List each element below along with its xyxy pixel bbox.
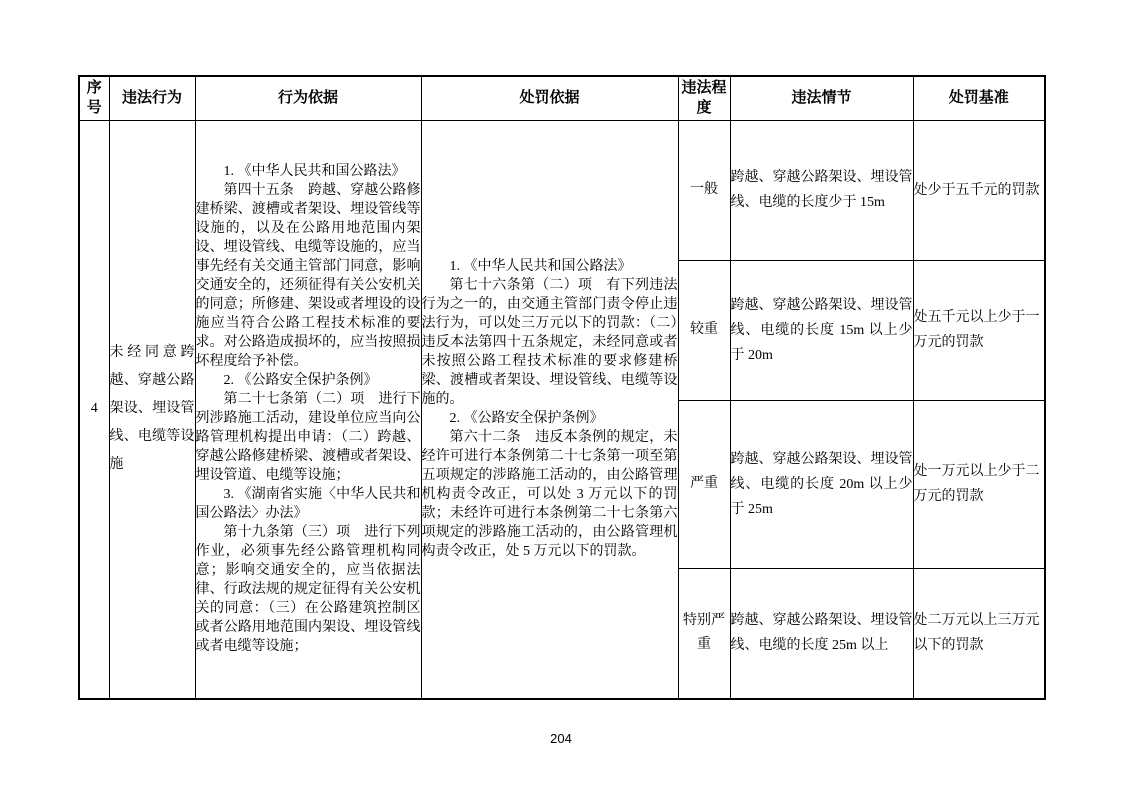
page-number: 204 — [0, 731, 1122, 746]
cell-standard-moderate: 处五千元以上少于一万元的罚款 — [913, 260, 1045, 400]
cell-circumstance-serious: 跨越、穿越公路架设、埋设管线、电缆的长度 20m 以上少于 25m — [730, 400, 913, 568]
cell-standard-general: 处少于五千元的罚款 — [913, 120, 1045, 260]
header-seq: 序号 — [79, 76, 109, 120]
header-violation: 违法行为 — [109, 76, 195, 120]
document-page: 序号 违法行为 行为依据 处罚依据 违法程度 违法情节 处罚基准 4 未经同意跨… — [0, 0, 1122, 793]
cell-circumstance-extremely-serious: 跨越、穿越公路架设、埋设管线、电缆的长度 25m 以上 — [730, 568, 913, 699]
cell-degree-serious: 严重 — [678, 400, 730, 568]
cell-standard-extremely-serious: 处二万元以上三万元以下的罚款 — [913, 568, 1045, 699]
cell-degree-general: 一般 — [678, 120, 730, 260]
cell-standard-serious: 处一万元以上少于二万元的罚款 — [913, 400, 1045, 568]
severity-row-general: 4 未经同意跨越、穿越公路架设、埋设管线、电缆等设施 1. 《中华人民共和国公路… — [79, 120, 1045, 260]
cell-degree-moderate: 较重 — [678, 260, 730, 400]
header-behavior-basis: 行为依据 — [195, 76, 421, 120]
cell-penalty-basis: 1. 《中华人民共和国公路法》第七十六条第（二）项 有下列违法行为之一的，由交通… — [421, 120, 678, 699]
header-standard: 处罚基准 — [913, 76, 1045, 120]
header-penalty-basis: 处罚依据 — [421, 76, 678, 120]
cell-degree-extremely-serious: 特别严重 — [678, 568, 730, 699]
cell-seq: 4 — [79, 120, 109, 699]
header-circumstance: 违法情节 — [730, 76, 913, 120]
cell-violation: 未经同意跨越、穿越公路架设、埋设管线、电缆等设施 — [109, 120, 195, 699]
header-degree: 违法程度 — [678, 76, 730, 120]
cell-circumstance-general: 跨越、穿越公路架设、埋设管线、电缆的长度少于 15m — [730, 120, 913, 260]
cell-circumstance-moderate: 跨越、穿越公路架设、埋设管线、电缆的长度 15m 以上少于 20m — [730, 260, 913, 400]
cell-behavior-basis: 1. 《中华人民共和国公路法》第四十五条 跨越、穿越公路修建桥梁、渡槽或者架设、… — [195, 120, 421, 699]
penalty-standards-table: 序号 违法行为 行为依据 处罚依据 违法程度 违法情节 处罚基准 4 未经同意跨… — [78, 75, 1046, 700]
table-header-row: 序号 违法行为 行为依据 处罚依据 违法程度 违法情节 处罚基准 — [79, 76, 1045, 120]
